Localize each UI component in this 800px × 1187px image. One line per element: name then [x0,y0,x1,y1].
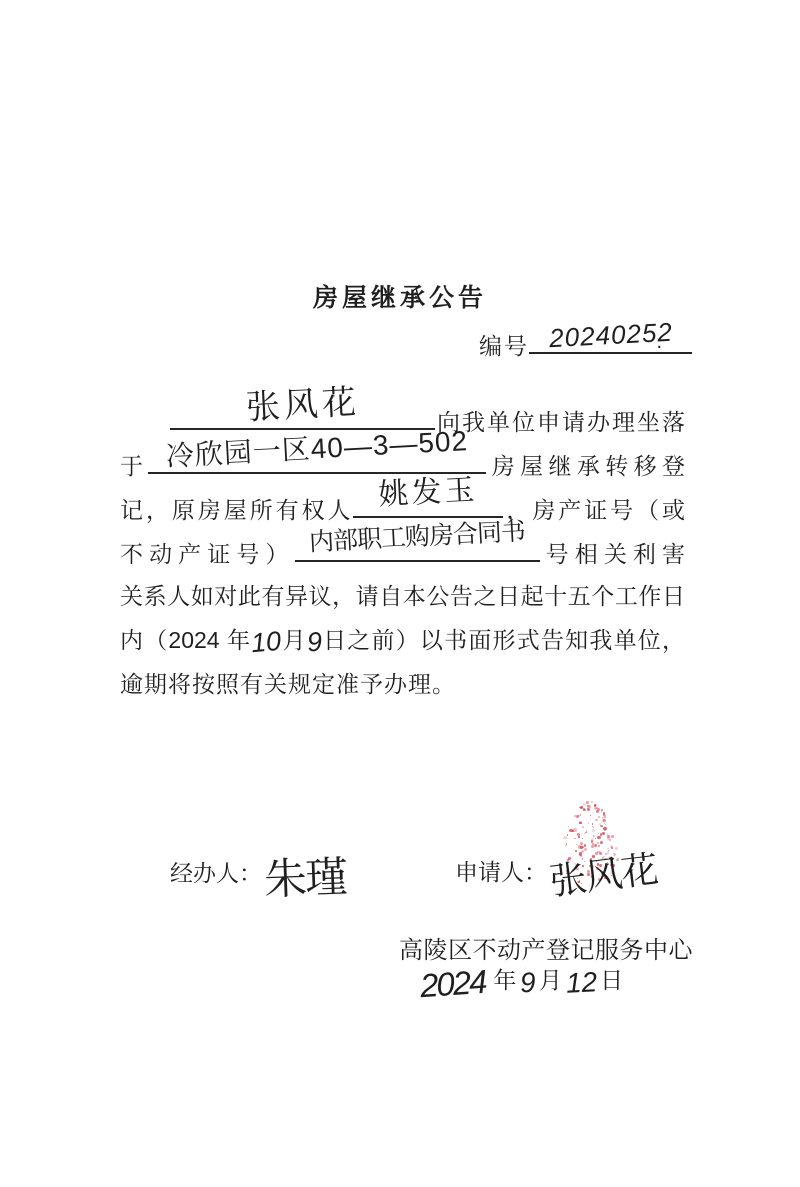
issue-month-handwriting: 9 [520,967,537,1000]
body-line-5: 关系人如对此有异议，请自本公告之日起十五个工作日 [120,574,685,618]
applicant-signature-handwriting: 张风花 [546,839,660,906]
issue-day-handwriting: 12 [565,966,598,1000]
body-line-6-prefix: 内（2024 年 [120,627,251,653]
month-label: 月 [539,967,563,993]
document-title: 房屋继承公告 [0,278,800,314]
body-line-2-suffix: 房屋继承转移登 [486,453,685,479]
issue-year-handwriting: 2024 [419,963,487,1005]
body-paragraph: 张风花向我单位申请办理坐落 于冷欣园一区40—3—502房屋继承转移登 记，原房… [120,398,685,706]
body-line-6: 内（2024 年10月9日之前）以书面形式告知我单位， [120,618,685,662]
day-label: 日 [600,967,624,993]
deadline-month-handwriting: 10 [250,619,284,665]
issuing-org: 高陵区不动产登记服务中心 [399,930,693,965]
body-line-6-suffix: 日之前）以书面形式告知我单位， [322,627,685,653]
issue-date-row: 2024年9月12日 [420,962,624,1003]
body-line-7: 逾期将按照有关规定准予办理。 [120,662,685,706]
certificate-blank: 内部职工购房合同书 [295,530,540,562]
body-line-4: 不动产证号）内部职工购房合同书号相关利害 [120,530,685,574]
serial-label: 编号 [479,333,529,359]
serial-number-row: 编号20240252. [479,326,692,361]
serial-blank: 20240252. [529,326,692,354]
body-line-4-prefix: 不动产证号） [120,541,295,567]
body-line-3-suffix: ，房产证号（或 [503,497,685,523]
scanned-document-page: 房屋继承公告 编号20240252. 张风花向我单位申请办理坐落 于冷欣园一区4… [0,0,800,1187]
year-label: 年 [493,967,517,993]
applicant-signature-row: 申请人：张风花 [455,845,657,899]
body-line-6-mid: 月 [281,627,306,653]
applicant-label: 申请人： [455,859,547,885]
handler-label: 经办人： [170,860,262,886]
body-line-4-suffix: 号相关利害 [540,541,685,567]
owner-name-handwriting: 姚发玉 [378,468,479,517]
applicant-name-handwriting: 张风花 [244,380,360,430]
indent-spacer [120,429,170,430]
serial-period: . [656,331,664,354]
body-line-1-text: 向我单位申请办理坐落 [435,409,685,435]
address-blank: 冷欣园一区40—3—502 [148,442,486,474]
handler-signature-row: 经办人：朱瑾 [170,845,346,906]
body-line-2-prefix: 于 [120,453,148,479]
handler-signature-handwriting: 朱瑾 [263,844,347,908]
serial-handwriting: 20240252 [548,317,673,354]
